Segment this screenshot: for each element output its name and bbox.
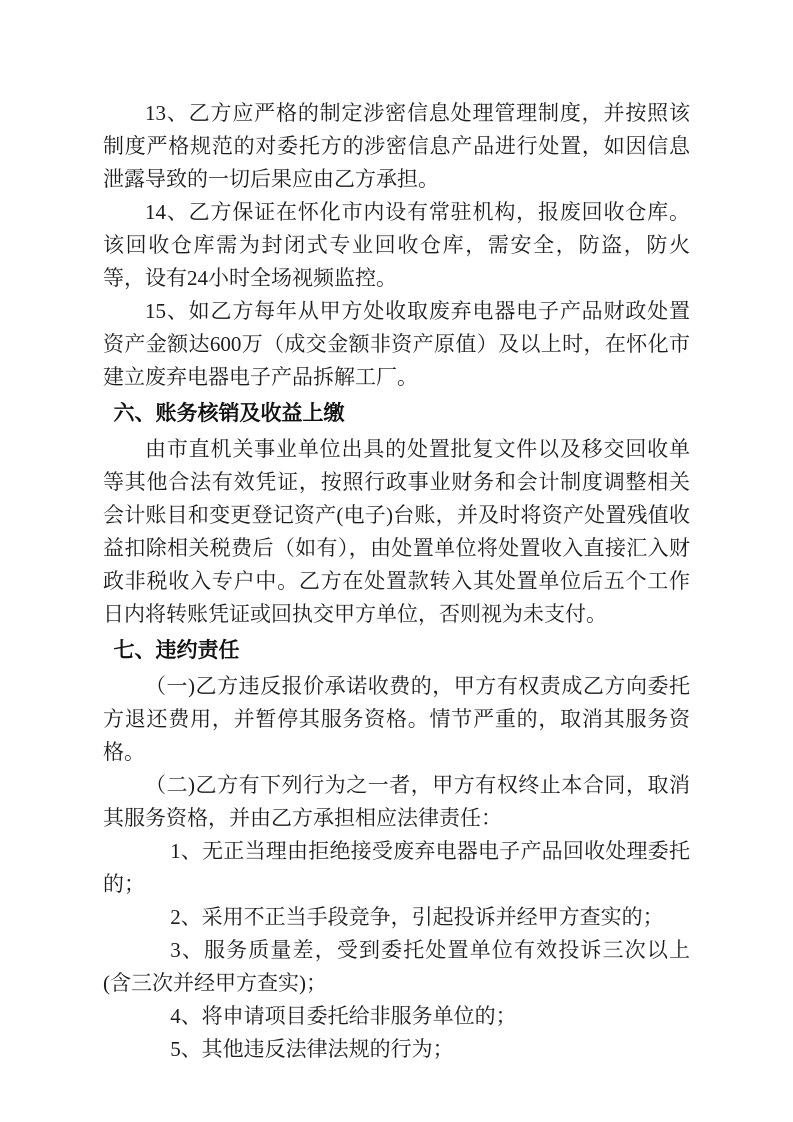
section-6-heading: 六、账务核销及收益上缴 xyxy=(103,397,690,430)
breach-list-item-2: 2、采用不正当手段竞争，引起投诉并经甲方查实的； xyxy=(103,901,690,934)
contract-document-page: 13、乙方应严格的制定涉密信息处理管理制度，并按照该制度严格规范的对委托方的涉密… xyxy=(0,0,793,1122)
section-6-body-paragraph: 由市直机关事业单位出具的处置批复文件以及移交回收单等其他合法有效凭证，按照行政事… xyxy=(103,433,690,631)
clause-15-paragraph: 15、如乙方每年从甲方处收取废弃电器电子产品财政处置资产金额达600万（成交金额… xyxy=(103,295,690,394)
clause-14-paragraph: 14、乙方保证在怀化市内设有常驻机构，报废回收仓库。该回收仓库需为封闭式专业回收… xyxy=(103,196,690,295)
clause-13-paragraph: 13、乙方应严格的制定涉密信息处理管理制度，并按照该制度严格规范的对委托方的涉密… xyxy=(103,97,690,196)
section-7-item-1-paragraph: （一)乙方违反报价承诺收费的，甲方有权责成乙方向委托方退还费用，并暂停其服务资格… xyxy=(103,670,690,769)
section-7-heading: 七、违约责任 xyxy=(103,634,690,667)
section-7-item-2-paragraph: （二)乙方有下列行为之一者，甲方有权终止本合同，取消其服务资格，并由乙方承担相应… xyxy=(103,769,690,835)
breach-list-item-3: 3、服务质量差，受到委托处置单位有效投诉三次以上(含三次并经甲方查实)； xyxy=(103,934,690,1000)
breach-list-item-4: 4、将申请项目委托给非服务单位的； xyxy=(103,1000,690,1033)
breach-list-item-1: 1、无正当理由拒绝接受废弃电器电子产品回收处理委托的； xyxy=(103,835,690,901)
breach-list-item-5: 5、其他违反法律法规的行为； xyxy=(103,1033,690,1066)
